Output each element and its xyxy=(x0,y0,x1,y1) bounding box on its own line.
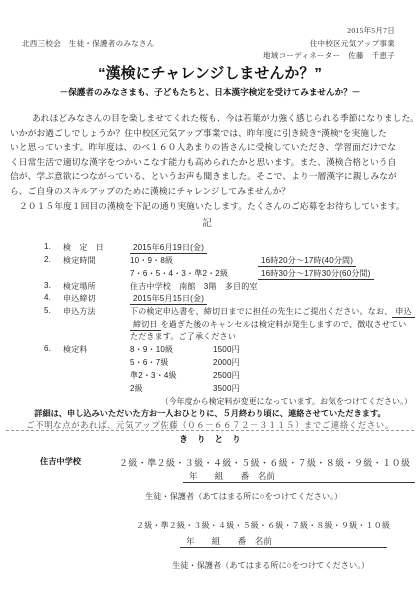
apply-method-underlined: 申込 xyxy=(392,307,414,318)
apply-method-underlined: 締切日 xyxy=(130,320,161,331)
fee-level: 5・6・7級 xyxy=(130,357,169,368)
exam-time-levels: 10・9・8級 xyxy=(130,255,173,266)
item-label: 検定料 xyxy=(63,344,88,355)
cut-dashed-divider xyxy=(6,430,414,431)
doc-subtitle: －保護者のみなさまも、子どもたちと、日本漢字検定を受けてみませんか？－ xyxy=(0,86,420,98)
level-options: ２級・準２級・３級・４級・５級・６級・７級・８級・９級・１０級 xyxy=(119,456,410,469)
name-field-row: 年 組 番 名前 xyxy=(180,535,387,548)
intro-line: ２０１５年度１回目の漢検を下記の通り実施いたします。たくさんのご応募をお待ちして… xyxy=(10,199,414,214)
fee-price: 2500円 xyxy=(213,370,240,381)
fee-level: 8・9・10級 xyxy=(130,344,173,355)
level-options: ２級・準２級・３級・４級・５級・６級・７級・８級・９級・１０級 xyxy=(136,520,390,531)
detail-notice: 詳細は、申し込みいただいた方お一人おひとりに、５月終わり頃に、連絡させていただき… xyxy=(0,408,420,419)
intro-line: く日常生活で適切な漢字をつかいこなす能力も高められたかと思います。また、漢検合格… xyxy=(10,155,414,170)
fee-level: 準2・3・4級 xyxy=(130,370,177,381)
item-label: 検定時間 xyxy=(63,255,96,266)
deadline-value: 2015年5月15日(金) xyxy=(130,294,207,305)
item-number: 4. xyxy=(44,293,51,302)
apply-method-text: ただきます。ご了承ください xyxy=(130,331,236,342)
circle-instruction: 生徒・保護者（あてはまる所に○をつけてください。） xyxy=(145,491,342,502)
item-label: 検 定 日 xyxy=(63,242,104,253)
intro-line: あれほどみなさんの目を楽しませてくれた桜も、今は若葉が力強く感じられる季節になり… xyxy=(10,111,414,126)
intro-paragraph: あれほどみなさんの目を楽しませてくれた桜も、今は若葉が力強く感じられる季節になり… xyxy=(10,111,414,213)
exam-time-levels: 7・6・5・4・3・準2・2級 xyxy=(130,268,228,279)
exam-time-value: 16時30分～17時30分(60分間) xyxy=(258,269,374,280)
exam-date-value: 2015年6月19日(金) xyxy=(130,243,207,254)
intro-line: ら、ご自身のスキルアップのために漢検にチャレンジしてみませんか？ xyxy=(10,184,414,199)
apply-method-text: を過ぎた後のキャンセルは検定料が発生しますので、徴収させてい xyxy=(161,320,407,329)
fee-price: 3500円 xyxy=(213,383,240,394)
item-label: 申込締切 xyxy=(63,293,96,304)
item-label: 申込方法 xyxy=(63,306,96,317)
fee-change-note: （今年度から検定料が変更になっています。お気をつけてください。） xyxy=(161,396,412,407)
coordinator-line: 地域コーディネーター 佐藤 千恵子 xyxy=(263,50,395,61)
exam-time-value: 16時20分～17時(40分間) xyxy=(258,256,356,267)
cutline-label: きりとり xyxy=(0,433,420,445)
school-name: 住吉中学校 xyxy=(40,456,81,467)
item-number: 6. xyxy=(44,344,51,353)
item-label: 検定場所 xyxy=(63,281,96,292)
record-mark: 記 xyxy=(0,215,414,229)
intro-line: いかがお過ごしでしょうか？住中校区元気アップ事業では、昨年度に引き続き“漢検”を… xyxy=(10,126,414,141)
intro-line: いと思っています。昨年度は、のべ１６０人あまりの皆さんに受検していただき、学習面… xyxy=(10,140,414,155)
name-field-row: 年 組 番 名前 xyxy=(183,470,415,483)
fee-price: 2000円 xyxy=(213,357,240,368)
notice-document: 2015年5月7日 北西三校会 生徒・保護者のみなさん 住中校区元気アップ事業 … xyxy=(0,0,420,594)
circle-instruction: 生徒・保護者（あてはまる所に○をつけてください。） xyxy=(172,560,369,571)
item-number: 1. xyxy=(44,242,51,251)
apply-method-text: 下の検定申込書を、締切日までに担任の先生にご提出ください。なお、 xyxy=(130,307,392,316)
addressee-line: 北西三校会 生徒・保護者のみなさん xyxy=(22,38,155,49)
exam-place-value: 住吉中学校 南館 3階 多目的室 xyxy=(130,281,258,292)
intro-line: 信が、学ぶ意欲につながっている、というお声も聞きました。そこで、より一層漢字に親… xyxy=(10,169,414,184)
item-number: 5. xyxy=(44,306,51,315)
doc-date: 2015年5月7日 xyxy=(347,25,395,36)
fee-level: 2級 xyxy=(130,383,143,394)
program-line: 住中校区元気アップ事業 xyxy=(310,38,395,49)
fee-price: 1500円 xyxy=(213,344,240,355)
doc-title: “漢検にチャレンジしませんか？” xyxy=(0,62,420,83)
item-number: 2. xyxy=(44,255,51,264)
item-number: 3. xyxy=(44,281,51,290)
